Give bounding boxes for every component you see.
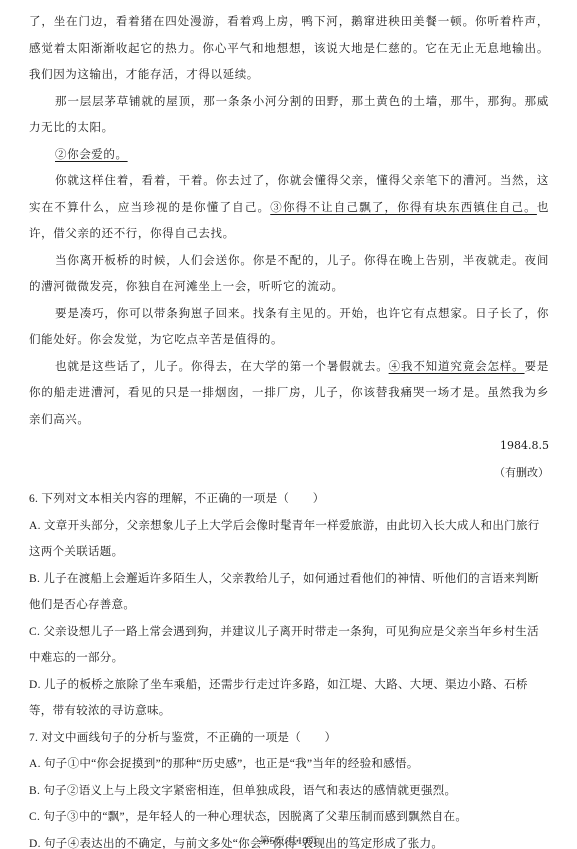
passage-paragraph-5: 当你离开板桥的时候，人们会送你。你是不配的，儿子。你得在晚上告别，半夜就走。夜间… [29,247,549,300]
question-7: 7. 对文中画线句子的分析与鉴赏，不正确的一项是（ ） A. 句子①中“你会捉摸… [29,725,549,849]
option-b: B. 句子②语义上与上段文字紧密相连，但单独成段，语气和表达的感情就更强烈。 [29,778,549,805]
paragraph-text: 也就是这些话了，儿子。你得去，在大学的第一个暑假就去。 [55,359,389,373]
option-d: D. 儿子的板桥之旅除了坐车乘船，还需步行走过许多路，如江堤、大路、大埂、渠边小… [29,672,549,725]
option-text: 儿子的板桥之旅除了坐车乘船，还需步行走过许多路，如江堤、大路、大埂、渠边小路、石… [29,679,528,718]
passage-paragraph-3: ②你会爱的。 [29,141,549,168]
paragraph-text: 要是凑巧，你可以带条狗崽子回来。找条有主见的。开始，也许它有点想家。日子长了，你… [29,306,549,347]
option-text: 文章开头部分，父亲想象儿子上大学后会像时髦青年一样爱旅游，由此切入长大成人和出门… [29,520,540,559]
option-text: 儿子在渡船上会邂逅许多陌生人，父亲教给儿子，如何通过看他们的神情、听他们的言语来… [29,573,539,612]
underlined-sentence-3: ③你得不让自己飘了，你得有块东西镇住自己。 [270,200,537,214]
option-label: B. [29,785,40,797]
passage: 了，坐在门边，看着猪在四处漫游，看着鸡上房，鸭下河，鹅窜进秧田美餐一顿。你听着杵… [29,8,549,486]
option-c: C. 句子③中的“飘”，是年轻人的一种心理状态，因脱离了父辈压制而感到飘然自在。 [29,804,549,831]
passage-date: 1984.8.5 [29,432,549,459]
option-text: 句子③中的“飘”，是年轻人的一种心理状态，因脱离了父辈压制而感到飘然自在。 [43,811,467,823]
paragraph-text: 那一层层茅草铺就的屋顶，那一条条小河分割的田野，那土黄色的土墙，那牛，那狗。那威… [29,94,549,135]
question-6: 6. 下列对文本相关内容的理解，不正确的一项是（ ） A. 文章开头部分，父亲想… [29,486,549,725]
paragraph-text: 了，坐在门边，看着猪在四处漫游，看着鸡上房，鸭下河，鹅窜进秧田美餐一顿。你听着杵… [29,14,549,81]
option-label: B. [29,573,40,585]
paragraph-text: 当你离开板桥的时候，人们会送你。你是不配的，儿子。你得在晚上告别，半夜就走。夜间… [29,253,549,294]
passage-note: （有删改） [29,459,549,486]
passage-paragraph-1: 了，坐在门边，看着猪在四处漫游，看着鸡上房，鸭下河，鹅窜进秧田美餐一顿。你听着杵… [29,8,549,88]
option-label: A. [29,520,41,532]
option-b: B. 儿子在渡船上会邂逅许多陌生人，父亲教给儿子，如何通过看他们的神情、听他们的… [29,566,549,619]
question-stem: 6. 下列对文本相关内容的理解，不正确的一项是（ ） [29,486,549,513]
document-page: 了，坐在门边，看着猪在四处漫游，看着鸡上房，鸭下河，鹅窜进秧田美餐一顿。你听着杵… [29,8,549,849]
passage-paragraph-2: 那一层层茅草铺就的屋顶，那一条条小河分割的田野，那土黄色的土墙，那牛，那狗。那威… [29,88,549,141]
option-a: A. 文章开头部分，父亲想象儿子上大学后会像时髦青年一样爱旅游，由此切入长大成人… [29,513,549,566]
passage-paragraph-7: 也就是这些话了，儿子。你得去，在大学的第一个暑假就去。④我不知道究竟会怎样。要是… [29,353,549,433]
page-indicator: 第5页/共10页 [0,832,577,847]
option-a: A. 句子①中“你会捉摸到”的那种“历史感”，也正是“我”当年的经验和感悟。 [29,751,549,778]
passage-paragraph-4: 你就这样住着，看着，干着。你去过了，你就会懂得父亲，懂得父亲笔下的漕河。当然，这… [29,167,549,247]
option-label: C. [29,626,40,638]
passage-paragraph-6: 要是凑巧，你可以带条狗崽子回来。找条有主见的。开始，也许它有点想家。日子长了，你… [29,300,549,353]
option-text: 句子①中“你会捉摸到”的那种“历史感”，也正是“我”当年的经验和感悟。 [44,758,419,770]
option-text: 父亲设想儿子一路上常会遇到狗，并建议儿子离开时带走一条狗，可见狗应是父亲当年乡村… [29,626,539,665]
option-label: C. [29,811,40,823]
underlined-sentence-4: ④我不知道究竟会怎样。 [389,359,525,373]
option-label: A. [29,758,41,770]
option-c: C. 父亲设想儿子一路上常会遇到狗，并建议儿子离开时带走一条狗，可见狗应是父亲当… [29,619,549,672]
question-stem: 7. 对文中画线句子的分析与鉴赏，不正确的一项是（ ） [29,725,549,752]
option-label: D. [29,679,41,691]
option-text: 句子②语义上与上段文字紧密相连，但单独成段，语气和表达的感情就更强烈。 [43,785,456,797]
underlined-sentence-2: ②你会爱的。 [55,147,128,161]
